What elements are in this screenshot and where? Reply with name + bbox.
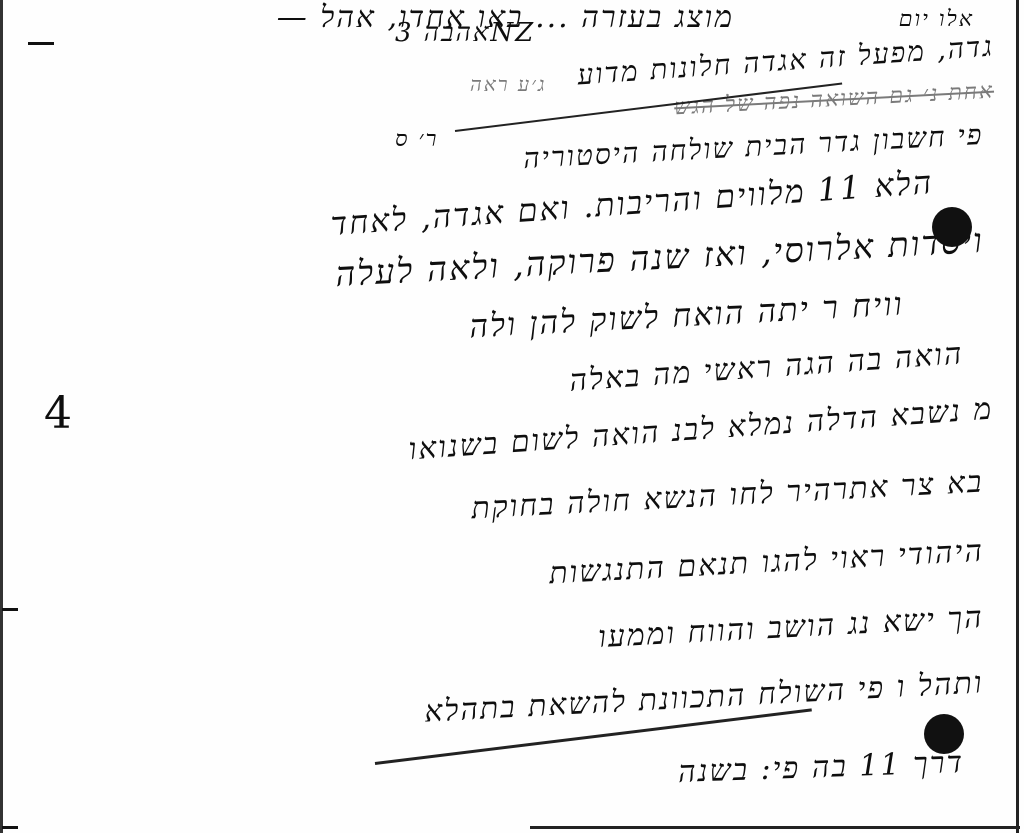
margin-dash-mark [2, 608, 18, 611]
page-bottom-edge [530, 826, 1020, 829]
manuscript-line: היהודי ראוי להגו תנאם התנגשות [548, 534, 984, 592]
punch-hole [924, 714, 964, 754]
manuscript-line: ותהל ו פי השולח התכוונת להשאת בתהלא [424, 665, 985, 729]
interlinear-note: ר׳ ס [395, 126, 438, 152]
punch-hole [932, 207, 972, 247]
manuscript-line: וויח ר יתה הואח לשוק להן ולה [468, 285, 904, 346]
manuscript-line: בא צר אתרהיר לחו הנשא חולה בחוקת [471, 465, 985, 527]
manuscript-line: דרך 11 בה פי: בשנה [677, 745, 964, 790]
interlinear-note: אלו יום [899, 6, 974, 32]
interlinear-note: 4 [44, 388, 74, 439]
page-left-edge [0, 0, 3, 833]
manuscript-page: אלו יום אהבה 3NZ ג׳ע ראה ר׳ ס 4 מוצג בעז… [0, 0, 1024, 833]
manuscript-line: הואה בה הגה ראשי מה באלה [568, 336, 964, 398]
manuscript-line: הך ישא נג הושב והווח וממעו [597, 600, 984, 655]
margin-dash-mark [28, 42, 54, 45]
page-right-edge [1016, 0, 1019, 833]
manuscript-line: מוצג בעזרה ... באו אחדו, אהל — [277, 0, 734, 35]
margin-dash-mark [2, 826, 18, 829]
interlinear-note: ג׳ע ראה [470, 72, 546, 97]
manuscript-line: מ נשבא הדלה נמלא לבנ הואה לשום בשנואו [408, 392, 995, 468]
